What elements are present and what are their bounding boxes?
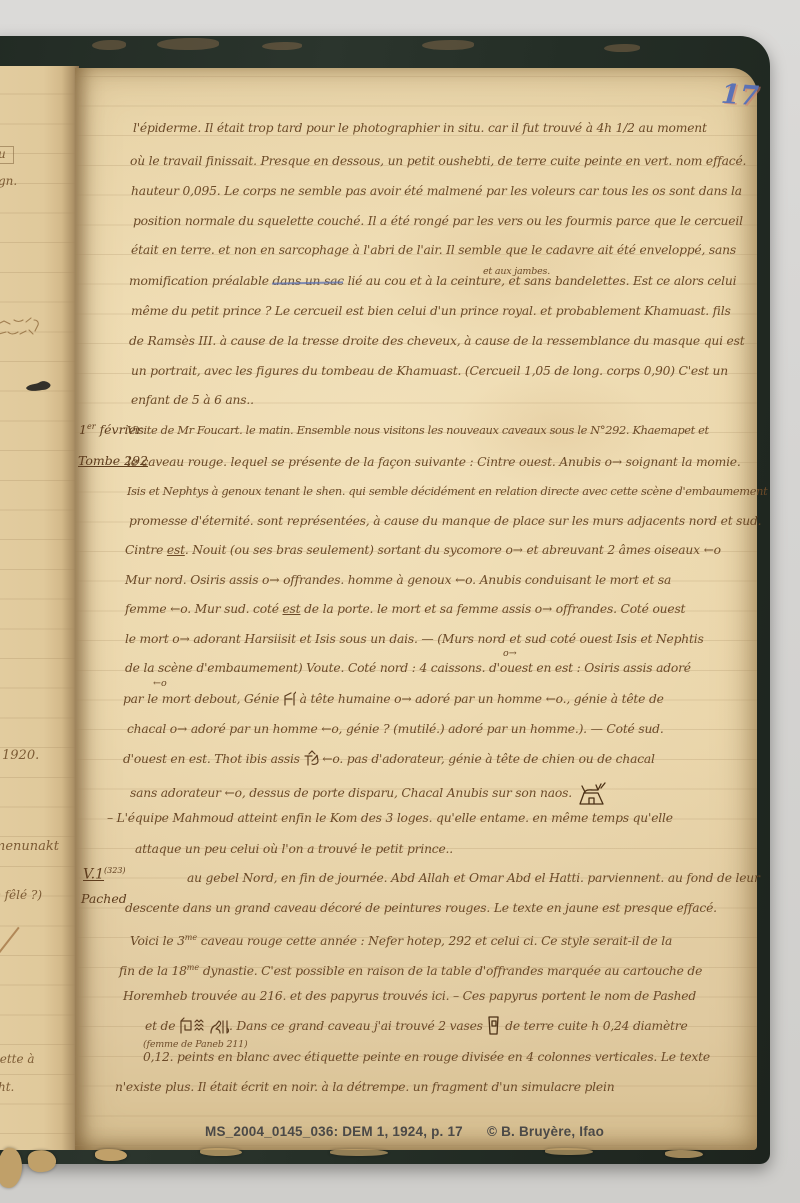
ink-blot <box>24 378 52 394</box>
margin-note-site: V.1(323) <box>83 864 126 882</box>
notebook-page: 17 l'épiderme. Il était trop tard pour l… <box>75 68 757 1150</box>
cover-wear <box>422 40 474 50</box>
journal-line: le mort o→ adorant Harsiisit et Isis sou… <box>125 632 704 647</box>
journal-line: Mur nord. Osiris assis o→ offrandes. hom… <box>125 573 671 588</box>
journal-line: était en terre. et non en sarcophage à l… <box>131 243 736 258</box>
name-hieroglyphs-icon <box>179 1017 229 1035</box>
journal-line: d'ouest en est. Thot ibis assis ←o. pas … <box>123 750 655 767</box>
cover-wear <box>157 38 219 50</box>
line-text: à tête humaine o→ adoré par un homme ←o.… <box>296 692 664 706</box>
line-text: dynastie. C'est possible en raison de la… <box>199 964 702 978</box>
journal-line: fin de la 18me dynastie. C'est possible … <box>119 960 702 979</box>
scanned-diary-photograph: u gn. 1920. menunakt (e fêlé ?) uette à … <box>0 0 800 1203</box>
paper-fray <box>665 1150 703 1158</box>
paper-fray <box>95 1149 127 1161</box>
journal-line: hauteur 0,095. Le corps ne semble pas av… <box>131 184 742 199</box>
journal-line: par le mort debout, Génie à tête humaine… <box>123 691 664 707</box>
vase-glyph-icon <box>486 1016 501 1035</box>
journal-line: Cintre est. Nouit (ou ses bras seulement… <box>125 543 721 558</box>
journal-line: 0,12. peints en blanc avec étiquette pei… <box>143 1050 710 1065</box>
journal-line: de Ramsès III. à cause de la tresse droi… <box>129 334 744 349</box>
journal-line: – L'équipe Mahmoud atteint enfin le Kom … <box>107 811 673 826</box>
site-label: V.1 <box>83 867 104 883</box>
anubis-naos-sketch-icon <box>576 781 606 805</box>
journal-line: chacal o→ adoré par un homme ←o, génie ?… <box>127 722 664 737</box>
journal-line: femme ←o. Mur sud. coté est de la porte.… <box>125 602 685 617</box>
ibis-glyph-icon <box>304 750 319 766</box>
line-text: fin de la 18 <box>119 964 187 978</box>
left-page-fragment: 1920. <box>2 748 39 763</box>
left-page-fragment: ht. <box>0 1080 14 1094</box>
line-text: de la porte. le mort et sa femme assis o… <box>300 602 685 616</box>
journal-line: n'existe plus. Il était écrit en noir. à… <box>115 1080 614 1095</box>
line-text: et de <box>145 1019 179 1033</box>
cover-wear <box>262 42 302 50</box>
paper-fray <box>545 1148 593 1155</box>
journal-line: et de . Dans ce grand caveau j'ai trouvé… <box>145 1016 688 1035</box>
journal-line: attaque un peu celui où l'on a trouvé le… <box>135 842 453 857</box>
journal-line: de la scène d'embaumement) Voute. Coté n… <box>125 661 691 676</box>
line-text: . Nouit (ou ses bras seulement) sortant … <box>185 543 721 557</box>
left-page-fragment: menunakt <box>0 839 59 854</box>
left-page-edge: u gn. 1920. menunakt (e fêlé ?) uette à … <box>0 66 79 1150</box>
site-sup: (323) <box>104 866 126 875</box>
journal-line: un portrait, avec les figures du tombeau… <box>131 364 728 379</box>
line-text: momification préalable <box>129 274 272 288</box>
archive-caption: MS_2004_0145_036: DEM 1, 1924, p. 17 <box>205 1124 463 1139</box>
paper-fray <box>330 1149 388 1156</box>
journal-line: position normale du squelette couché. Il… <box>133 214 743 229</box>
journal-line: momification préalable dans un sac lié a… <box>129 274 736 289</box>
genie-glyph-icon <box>283 691 296 706</box>
cover-wear <box>604 44 640 52</box>
superscript: me <box>185 933 197 942</box>
journal-line: enfant de 5 à 6 ans.. <box>131 393 254 408</box>
margin-note-pached: Pached <box>81 892 127 906</box>
date-sup: er <box>87 422 96 431</box>
line-text: lié au cou et à la ceinture, et sans ban… <box>344 274 736 288</box>
underlined-word: est <box>282 602 300 616</box>
journal-line: Horemheb trouvée au 216. et des papyrus … <box>123 989 696 1004</box>
line-text: de terre cuite h 0,24 diamètre <box>501 1019 687 1033</box>
arrow-annotation: o→ <box>503 648 517 659</box>
left-page-fragment: (e fêlé ?) <box>0 888 42 902</box>
journal-line: Voici le 3me caveau rouge cette année : … <box>130 930 672 949</box>
journal-line: Isis et Nephtys à genoux tenant le shen.… <box>127 484 767 499</box>
underlined-word: est <box>167 543 185 557</box>
arrow-annotation: ←o <box>153 678 167 689</box>
journal-line: où le travail finissait. Presque en dess… <box>130 154 746 169</box>
journal-line: même du petit prince ? Le cercueil est b… <box>131 304 731 319</box>
line-text: sans adorateur ←o, dessus de porte dispa… <box>130 786 576 800</box>
line-text: Cintre <box>125 543 167 557</box>
journal-line: promesse d'éternité. sont représentées, … <box>129 514 761 529</box>
page-number: 17 <box>720 79 760 113</box>
copyright-caption: © B. Bruyère, Ifao <box>487 1124 604 1139</box>
journal-line: descente dans un grand caveau décoré de … <box>125 901 717 916</box>
paper-fray <box>200 1148 242 1156</box>
line-text: Voici le 3 <box>130 934 185 948</box>
struck-text: dans un sac <box>272 274 343 288</box>
line-text: par le mort debout, Génie <box>123 692 283 706</box>
left-page-fragment: gn. <box>0 174 17 188</box>
journal-line: l'épiderme. Il était trop tard pour le p… <box>133 121 707 136</box>
line-text: d'ouest en est. Thot ibis assis <box>123 752 304 766</box>
cover-wear <box>92 40 126 50</box>
pencil-stroke <box>0 927 20 953</box>
left-page-fragment: uette à <box>0 1052 35 1066</box>
journal-line: Visite de Mr Foucart. le matin. Ensemble… <box>127 423 709 438</box>
line-text: . Dans ce grand caveau j'ai trouvé 2 vas… <box>229 1019 486 1033</box>
superscript: me <box>187 963 199 972</box>
hieroglyph-scribble-icon <box>0 314 48 354</box>
line-text: ←o. pas d'adorateur, génie à tête de chi… <box>319 752 655 766</box>
line-text: caveau rouge cette année : Nefer hotep, … <box>197 934 672 948</box>
line-text: femme ←o. Mur sud. coté <box>125 602 282 616</box>
left-page-fragment: u <box>0 146 14 164</box>
date-number: 1 <box>79 422 87 437</box>
journal-line: le caveau rouge. lequel se présente de l… <box>127 455 741 470</box>
journal-line: au gebel Nord, en fin de journée. Abd Al… <box>187 871 760 886</box>
journal-line: sans adorateur ←o, dessus de porte dispa… <box>130 781 606 805</box>
